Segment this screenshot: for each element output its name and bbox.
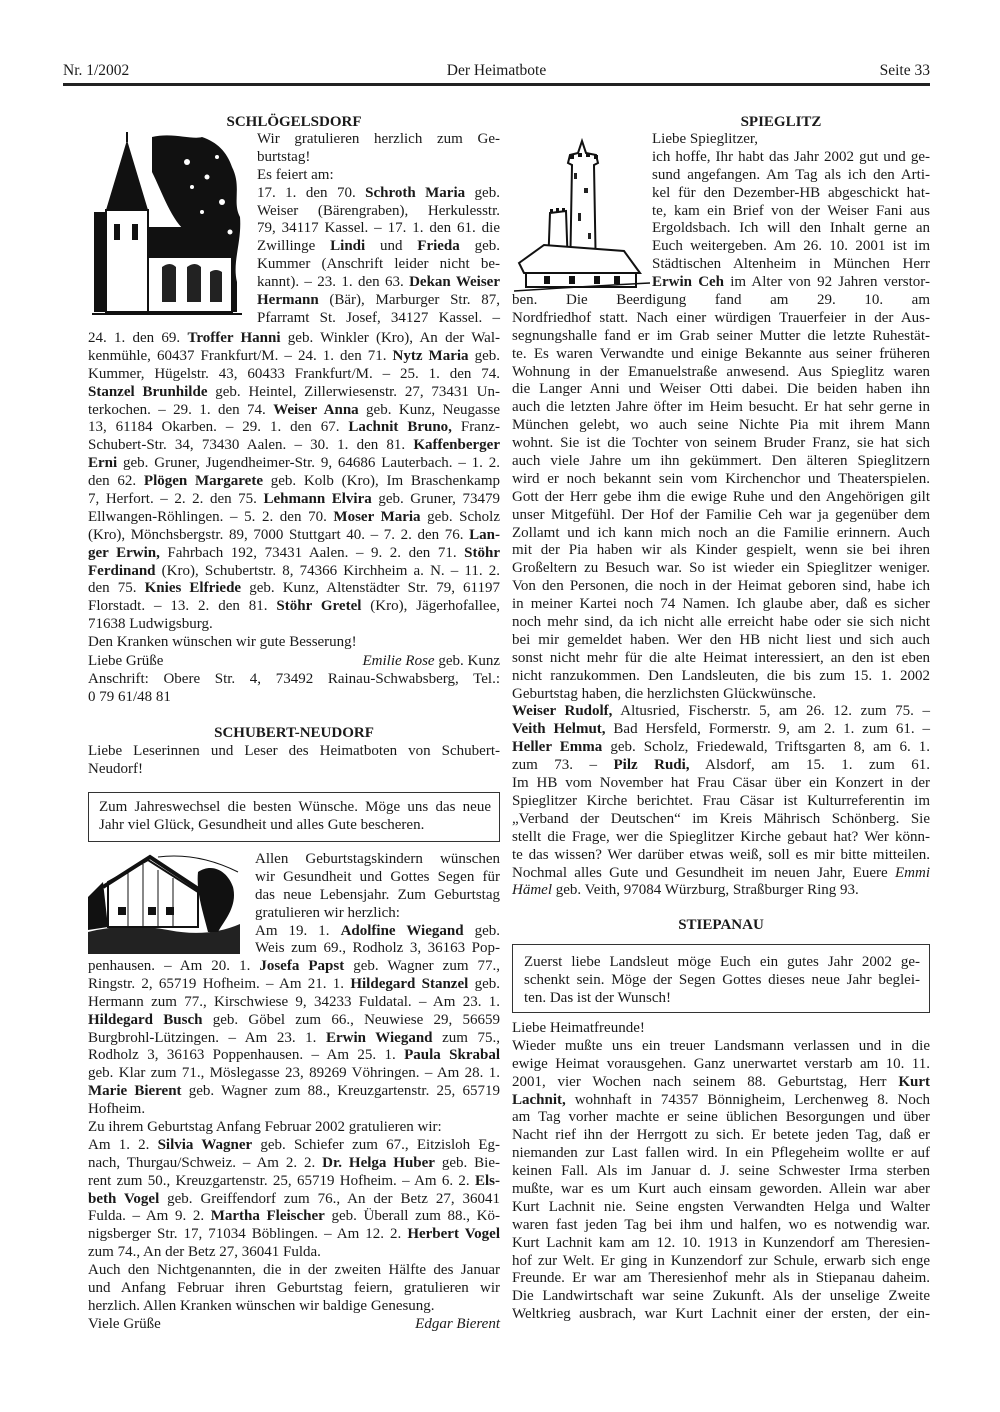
box-line: Jahr viel Glück, Gesundheit und alles Gu…	[99, 816, 491, 834]
section-stiepanau: STIEPANAU	[512, 915, 930, 935]
section-schubert-neudorf: SCHUBERT-NEUDORF Liebe Leserinnen und Le…	[88, 723, 500, 779]
text-line: und Anfang Februar ihren Geburtstag feie…	[88, 1280, 500, 1298]
text-line: „Verband der Deutschen“ im Kreis Mährisc…	[512, 811, 930, 829]
schloegelsdorf-text-bottom: 24. 1. den 69. Troffer Hanni geb. Winkle…	[88, 330, 500, 652]
text-line: Pfarramt St. Josef, 34127 Kassel. –	[257, 310, 500, 328]
name-highlight: Frieda	[417, 238, 460, 254]
text-line: te das wissen? Wer darüber etwas weiß, s…	[512, 847, 930, 865]
section-heading: SCHUBERT-NEUDORF	[88, 723, 500, 743]
name-highlight: Dr. Helga Huber	[322, 1155, 435, 1171]
stiepanau-text: Liebe Heimatfreunde!Wieder mußte uns ein…	[512, 1020, 930, 1324]
text-line: Freunde. Er war am Theresienhof mehr als…	[512, 1270, 930, 1288]
text-line: herzlich. Allen Kranken wünschen wir bal…	[88, 1298, 500, 1316]
text-line: ich hoffe, Ihr habt das Jahr 2002 gut un…	[652, 149, 930, 167]
text-line: Weltkrieg ausbrach, war Kurt Lachnit ein…	[512, 1306, 930, 1324]
text-line: in meiner Kartei noch 74 Namen. Ich glau…	[512, 596, 930, 614]
name-highlight: beth Vogel	[88, 1191, 159, 1207]
text-line: Liebe Heimatfreunde!	[512, 1020, 930, 1038]
name-highlight: Kaffenberger	[413, 437, 500, 453]
text-line: ewige Heimat vorausgehen. Ganz unerwarte…	[512, 1056, 930, 1074]
name-highlight: Weiser Anna	[273, 402, 358, 418]
text-line: unser Mitgefühl. Der Hof der Familie Ceh…	[512, 507, 930, 525]
address-line: Anschrift: Obere Str. 4, 73492 Rainau-Sc…	[88, 671, 500, 689]
text-line: Hermann zum 77., Kirschwiese 9, 34233 Fu…	[88, 994, 500, 1012]
text-line: Am 1. 2. Silvia Wagner geb. Schiefer zum…	[88, 1137, 500, 1155]
text-line: Großeltern zu Besuch war. So ist wieder …	[512, 560, 930, 578]
text-line: Euch weitergeben. Am 26. 10. 2001 ist im	[652, 238, 930, 256]
text-line: keinen Fall. Als im Januar d. J. seine S…	[512, 1163, 930, 1181]
text-line: penhausen. – Am 20. 1. Josefa Papst geb.…	[88, 958, 500, 976]
name-highlight: Troffer Hanni	[187, 330, 280, 346]
closing-greeting: Liebe Grüße	[88, 653, 163, 671]
publication-title: Der Heimatbote	[63, 62, 930, 80]
text-line: schenkt sein. Möge der Segen Gottes dies…	[524, 971, 920, 989]
text-line: Weiser (Bärengraben), Herkulesstr.	[257, 203, 500, 221]
text-line: zum 73. – Pilz Rudi, Alsdorf, am 15. 1. …	[512, 757, 930, 775]
text-line: Rodholz 3, 36163 Poppenhausen. – Am 25. …	[88, 1047, 500, 1065]
text-line: nach, Thurgau/Schweiz. – Am 2. 2. Dr. He…	[88, 1155, 500, 1173]
text-line: Nochmal alles Gute und Gesundheit im neu…	[512, 865, 930, 883]
text-line: Städtischen Altenheim in München Herr	[652, 256, 930, 274]
text-line: Stanzel Brunhilde geb. Heintel, Zillerwi…	[88, 384, 500, 402]
name-highlight: Paula Skrabal	[404, 1047, 500, 1063]
text-line: 17. 1. den 70. Schroth Maria geb.	[257, 185, 500, 203]
name-highlight: Erwin Ceh	[652, 274, 724, 290]
text-line: Die Landwirtschaft war seine Zukunft. Al…	[512, 1288, 930, 1306]
name-highlight: Josefa Papst	[259, 958, 344, 974]
text-line: noch mehr sind, da ich nicht alle erreic…	[512, 614, 930, 632]
text-line: Allen Geburtstagskindern wünschen	[255, 851, 500, 869]
text-line: Weis zum 69., Rodholz 3, 36163 Pop-	[255, 940, 500, 958]
name-highlight: Knies Elfriede	[145, 580, 241, 596]
section-heading: STIEPANAU	[512, 915, 930, 935]
text-line: Auch den Nichtgenannten, die in der zwei…	[88, 1262, 500, 1280]
text-line: Hämel geb. Veith, 97084 Würzburg, Straßb…	[512, 882, 930, 900]
text-line: kenmühle, 60437 Frankfurt/M. – 24. 1. de…	[88, 348, 500, 366]
text-line: Nordfriedhof statt. Nach einer würdigen …	[512, 310, 930, 328]
name-highlight: Weiser Rudolf,	[512, 703, 612, 719]
name-highlight: Hildegard Busch	[88, 1012, 202, 1028]
section-heading: SCHLÖGELSDORF	[88, 112, 500, 132]
text-line: Den Kranken wünschen wir gute Besserung!	[88, 634, 500, 652]
phone-line: 0 79 61/48 81	[88, 689, 500, 707]
section-heading: SPIEGLITZ	[512, 112, 930, 132]
text-line: auch viele Jahre um ihn gekümmert. Den ä…	[512, 453, 930, 471]
name-highlight: Lachnit,	[512, 1092, 566, 1108]
text-line: Kummer, Hügelstr. 43, 60433 Frankfurt/M.…	[88, 366, 500, 384]
text-line: waren fast jeden Tag bei ihm und halfen,…	[512, 1217, 930, 1235]
name-highlight: ger Erwin,	[88, 545, 160, 561]
text-line: Wohnung in der Emanuelstraße anwesend. A…	[512, 364, 930, 382]
text-line: ben. Die Beerdigung fand am 29. 10. am	[512, 292, 930, 310]
name-highlight: Stöhr	[464, 545, 500, 561]
text-line: Fulda. – Am 9. 2. Martha Fleischer geb. …	[88, 1208, 500, 1226]
name-highlight: Heller Emma	[512, 739, 602, 755]
text-line: Von den Personen, die noch in der Heimat…	[512, 578, 930, 596]
text-line: Hofheim.	[88, 1101, 500, 1119]
name-highlight: Moser Maria	[333, 509, 420, 525]
text-line: wir Gesundheit und Gottes Segen für	[255, 869, 500, 887]
text-line: Schubert-Str. 34, 73430 Aalen. – 30. 1. …	[88, 437, 500, 455]
text-line: Kurt Lachnit nie. Seine engsten Verwandt…	[512, 1199, 930, 1217]
text-line: Im HB vom November hat Frau Cäsar über e…	[512, 775, 930, 793]
text-line: Lachnit, wohnhaft in 74357 Bönnigheim, L…	[512, 1092, 930, 1110]
name-highlight: Martha Fleischer	[211, 1208, 325, 1224]
signature-suffix: geb. Kunz	[435, 653, 500, 669]
section-schloegelsdorf: SCHLÖGELSDORF	[88, 112, 500, 132]
name-highlight: Dekan Weiser	[409, 274, 500, 290]
text-line: Wieder mußte uns ein treuer Landsmann ve…	[512, 1038, 930, 1056]
name-highlight: Erni	[88, 455, 117, 471]
text-line: Wir gratulieren herzlich zum Ge-	[257, 131, 500, 149]
page-number: Seite 33	[880, 62, 930, 80]
text-line: wird er noch bekannt sein vom Kirchencho…	[512, 471, 930, 489]
greeting-box: Zuerst liebe Landsleut möge Euch ein gut…	[512, 944, 930, 1013]
page-header: Nr. 1/2002 Der Heimatbote Seite 33	[63, 60, 930, 84]
text-line: kannt). – 23. 1. den 63. Dekan Weiser	[257, 274, 500, 292]
text-line: te, kam ein Brief von der Weiser Fani au…	[652, 203, 930, 221]
text-line: Florstadt. – 13. 2. den 81. Stöhr Gretel…	[88, 598, 500, 616]
text-line: Hildegard Busch geb. Göbel zum 66., Neuw…	[88, 1012, 500, 1030]
name-highlight: Hermann	[257, 292, 319, 308]
text-line: kel für den Dezember-HB abgeschickt hat-	[652, 185, 930, 203]
text-line: zum 74., An der Betz 27, 36041 Fulda.	[88, 1244, 500, 1262]
name-highlight: Els-	[475, 1173, 500, 1189]
text-line: Heller Emma geb. Scholz, Friedewald, Tri…	[512, 739, 930, 757]
text-line: Es feiert am:	[257, 167, 500, 185]
text-line: 7, Herfort. – 2. 2. den 75. Lehmann Elvi…	[88, 491, 500, 509]
text-line: 71638 Ludwigsburg.	[88, 616, 500, 634]
text-line: das neue Lebensjahr. Zum Geburtstag	[255, 887, 500, 905]
name-highlight: Lachnit Bruno,	[348, 419, 452, 435]
text-line: stellt die Frage, wer die Spieglitzer Ki…	[512, 829, 930, 847]
schubert-neudorf-text-top: Allen Geburtstagskindern wünschenwir Ges…	[255, 851, 500, 958]
greeting-box: Zum Jahreswechsel die besten Wünsche. Mö…	[88, 792, 500, 842]
schubert-neudorf-text-bottom: penhausen. – Am 20. 1. Josefa Papst geb.…	[88, 958, 500, 1316]
text-line: die Langer Anni und Weiser Otti dabei. D…	[512, 381, 930, 399]
text-line: hof zur Welt. Er ging in Kunzendorf zur …	[512, 1253, 930, 1271]
text-line: 2001, vier Wochen nach seinem 88. Geburt…	[512, 1074, 930, 1092]
schloegelsdorf-signature-block: Liebe Grüße Emilie Rose geb. Kunz Anschr…	[88, 653, 500, 707]
text-line: wohnt. Sie ist die Tochter von seinem Br…	[512, 435, 930, 453]
text-line: am Tag vorher machte er seine üblichen B…	[512, 1109, 930, 1127]
text-line: ten. Das ist der Wunsch!	[524, 989, 920, 1007]
text-line: den 75. Knies Elfriede geb. Kunz, Altens…	[88, 580, 500, 598]
name-highlight: Adolfine Wiegand	[341, 923, 464, 939]
text-line: Marie Bierent geb. Wagner zum 88., Kreuz…	[88, 1083, 500, 1101]
text-line: Spieglitzer Kirche berichtet. Frau Cäsar…	[512, 793, 930, 811]
text-line: Zwillinge Lindi und Frieda geb.	[257, 238, 500, 256]
name-highlight: Stöhr Gretel	[276, 598, 361, 614]
text-line: gratulieren wir herzlich:	[255, 905, 500, 923]
signature-name: Emilie Rose	[363, 653, 435, 669]
name-highlight: Herbert Vogel	[407, 1226, 500, 1242]
author-name: Emmi	[895, 865, 930, 881]
name-highlight: Lindi	[330, 238, 365, 254]
text-line: geb. Klar zum 71., Möslegasse 23, 89269 …	[88, 1065, 500, 1083]
text-line: nigsberger Str. 17, 71034 Böblingen. – A…	[88, 1226, 500, 1244]
farmhouse-illustration	[88, 852, 240, 954]
text-line: Burgbrohl-Lützingen. – Am 23. 1. Erwin W…	[88, 1030, 500, 1048]
text-line: ger Erwin, Fahrbach 192, 73431 Aalen. – …	[88, 545, 500, 563]
name-highlight: Schroth Maria	[365, 185, 465, 201]
text-line: Kummer (Anschrift leider nicht be-	[257, 256, 500, 274]
name-highlight: Hildegard Stanzel	[350, 976, 468, 992]
text-line: rent zum 50., Kreuzgartenstr. 25, 65719 …	[88, 1173, 500, 1191]
text-line: Ergoldsbach. Ich will den Inhalt gerne a…	[652, 220, 930, 238]
text-line: segnungshalle fand er im Grab seiner Mut…	[512, 328, 930, 346]
text-line: 24. 1. den 69. Troffer Hanni geb. Winkle…	[88, 330, 500, 348]
text-line: Gott der Herr gebe ihm die ewige Ruhe un…	[512, 489, 930, 507]
name-highlight: Marie Bierent	[88, 1083, 182, 1099]
church-illustration	[92, 132, 242, 317]
text-line: bei mir gemeldet haben. Wer den HB nicht…	[512, 632, 930, 650]
text-line: Kurt Lachnit kam am 12. 10. 1913 in Kunz…	[512, 1235, 930, 1253]
text-line: München gelebt, wo auch seine Nichte Pia…	[512, 417, 930, 435]
text-line: Geburtstag haben, die herzlichsten Glück…	[512, 686, 930, 704]
signature-line: Viele Grüße Edgar Bierent	[88, 1316, 500, 1334]
text-line: Weiser Rudolf, Altusried, Fischerstr. 5,…	[512, 703, 930, 721]
text-line: Nacht rief ihn der Herrgott zu sich. Er …	[512, 1127, 930, 1145]
text-line: mit der Pia haben wir als Kinder gespiel…	[512, 542, 930, 560]
name-highlight: Nytz Maria	[393, 348, 469, 364]
name-highlight: Veith Helmut,	[512, 721, 606, 737]
intro-line: Liebe Leserinnen und Leser des Heimatbot…	[88, 743, 500, 761]
text-line: Liebe Spieglitzer,	[652, 131, 930, 149]
text-line: 79, 34117 Kassel. – 17. 1. den 61. die	[257, 220, 500, 238]
name-highlight: Kurt	[898, 1074, 930, 1090]
text-line: auch die letzten Jahre öfter im Heim bes…	[512, 399, 930, 417]
text-line: Hermann (Bär), Marburger Str. 87,	[257, 292, 500, 310]
text-line: Ellwangen-Röhlingen. – 5. 2. den 70. Mos…	[88, 509, 500, 527]
text-line: Zollamt und ich kann mich noch an die Fa…	[512, 525, 930, 543]
text-line: mußte, war es um Kurt auch einsam geword…	[512, 1181, 930, 1199]
text-line: nicht ranzukommen. Den Landsleuten, die …	[512, 668, 930, 686]
spieglitz-text-bottom: ben. Die Beerdigung fand am 29. 10. amNo…	[512, 292, 930, 900]
intro-line: Neudorf!	[88, 761, 500, 779]
text-line: burtstag!	[257, 149, 500, 167]
signature-line: Liebe Grüße Emilie Rose geb. Kunz	[88, 653, 500, 671]
text-line: Am 19. 1. Adolfine Wiegand geb.	[255, 923, 500, 941]
name-highlight: Ferdinand	[88, 563, 156, 579]
text-line: beth Vogel geb. Greiffendorf zum 76., An…	[88, 1191, 500, 1209]
name-highlight: Pilz Rudi,	[613, 757, 689, 773]
text-line: te. Es waren Verwandte und einige Bekann…	[512, 346, 930, 364]
spieglitz-text-top: Liebe Spieglitzer,ich hoffe, Ihr habt da…	[652, 131, 930, 292]
name-highlight: Stanzel Brunhilde	[88, 384, 207, 400]
text-line: 13, 61184 Okarben. – 29. 1. den 67. Lach…	[88, 419, 500, 437]
text-line: terkochen. – 29. 1. den 74. Weiser Anna …	[88, 402, 500, 420]
name-highlight: Silvia Wagner	[158, 1137, 253, 1153]
text-line: den 62. Plögen Margarete geb. Kolb (Kro)…	[88, 473, 500, 491]
text-line: sund angefangen. Am Tag als ich den Arti…	[652, 167, 930, 185]
text-line: Erwin Ceh im Alter von 92 Jahren verstor…	[652, 274, 930, 292]
text-line: sonst nicht mehr für die alte Heimat int…	[512, 650, 930, 668]
schloegelsdorf-text-top: Wir gratulieren herzlich zum Ge-burtstag…	[257, 131, 500, 328]
text-line: Zu ihrem Geburtstag Anfang Februar 2002 …	[88, 1119, 500, 1137]
name-highlight: Plögen Margarete	[144, 473, 263, 489]
text-line: Veith Helmut, Bad Hersfeld, Formerstr. 9…	[512, 721, 930, 739]
author-name: Hämel	[512, 882, 552, 898]
box-line: Zum Jahreswechsel die besten Wünsche. Mö…	[99, 798, 491, 816]
text-line: Erni geb. Gruner, Jugendheimer-Str. 9, 6…	[88, 455, 500, 473]
section-spieglitz: SPIEGLITZ	[512, 112, 930, 132]
text-line: Zuerst liebe Landsleut möge Euch ein gut…	[524, 953, 920, 971]
name-highlight: Erwin Wiegand	[326, 1030, 433, 1046]
closing-greeting: Viele Grüße	[88, 1316, 161, 1334]
text-line: Ringstr. 2, 65719 Hofheim. – Am 21. 1. H…	[88, 976, 500, 994]
tower-illustration	[514, 133, 650, 298]
text-line: (Kro), Mönchsbergstr. 89, 7000 Stuttgart…	[88, 527, 500, 545]
name-highlight: Lan-	[469, 527, 500, 543]
text-line: niemanden zur Last fallen wird. In ein P…	[512, 1145, 930, 1163]
header-rule	[63, 83, 930, 86]
name-highlight: Lehmann Elvira	[264, 491, 372, 507]
signature-name: Edgar Bierent	[415, 1316, 500, 1334]
text-line: Ferdinand (Kro), Schubertstr. 8, 74366 K…	[88, 563, 500, 581]
schubert-neudorf-signature: Viele Grüße Edgar Bierent	[88, 1316, 500, 1334]
